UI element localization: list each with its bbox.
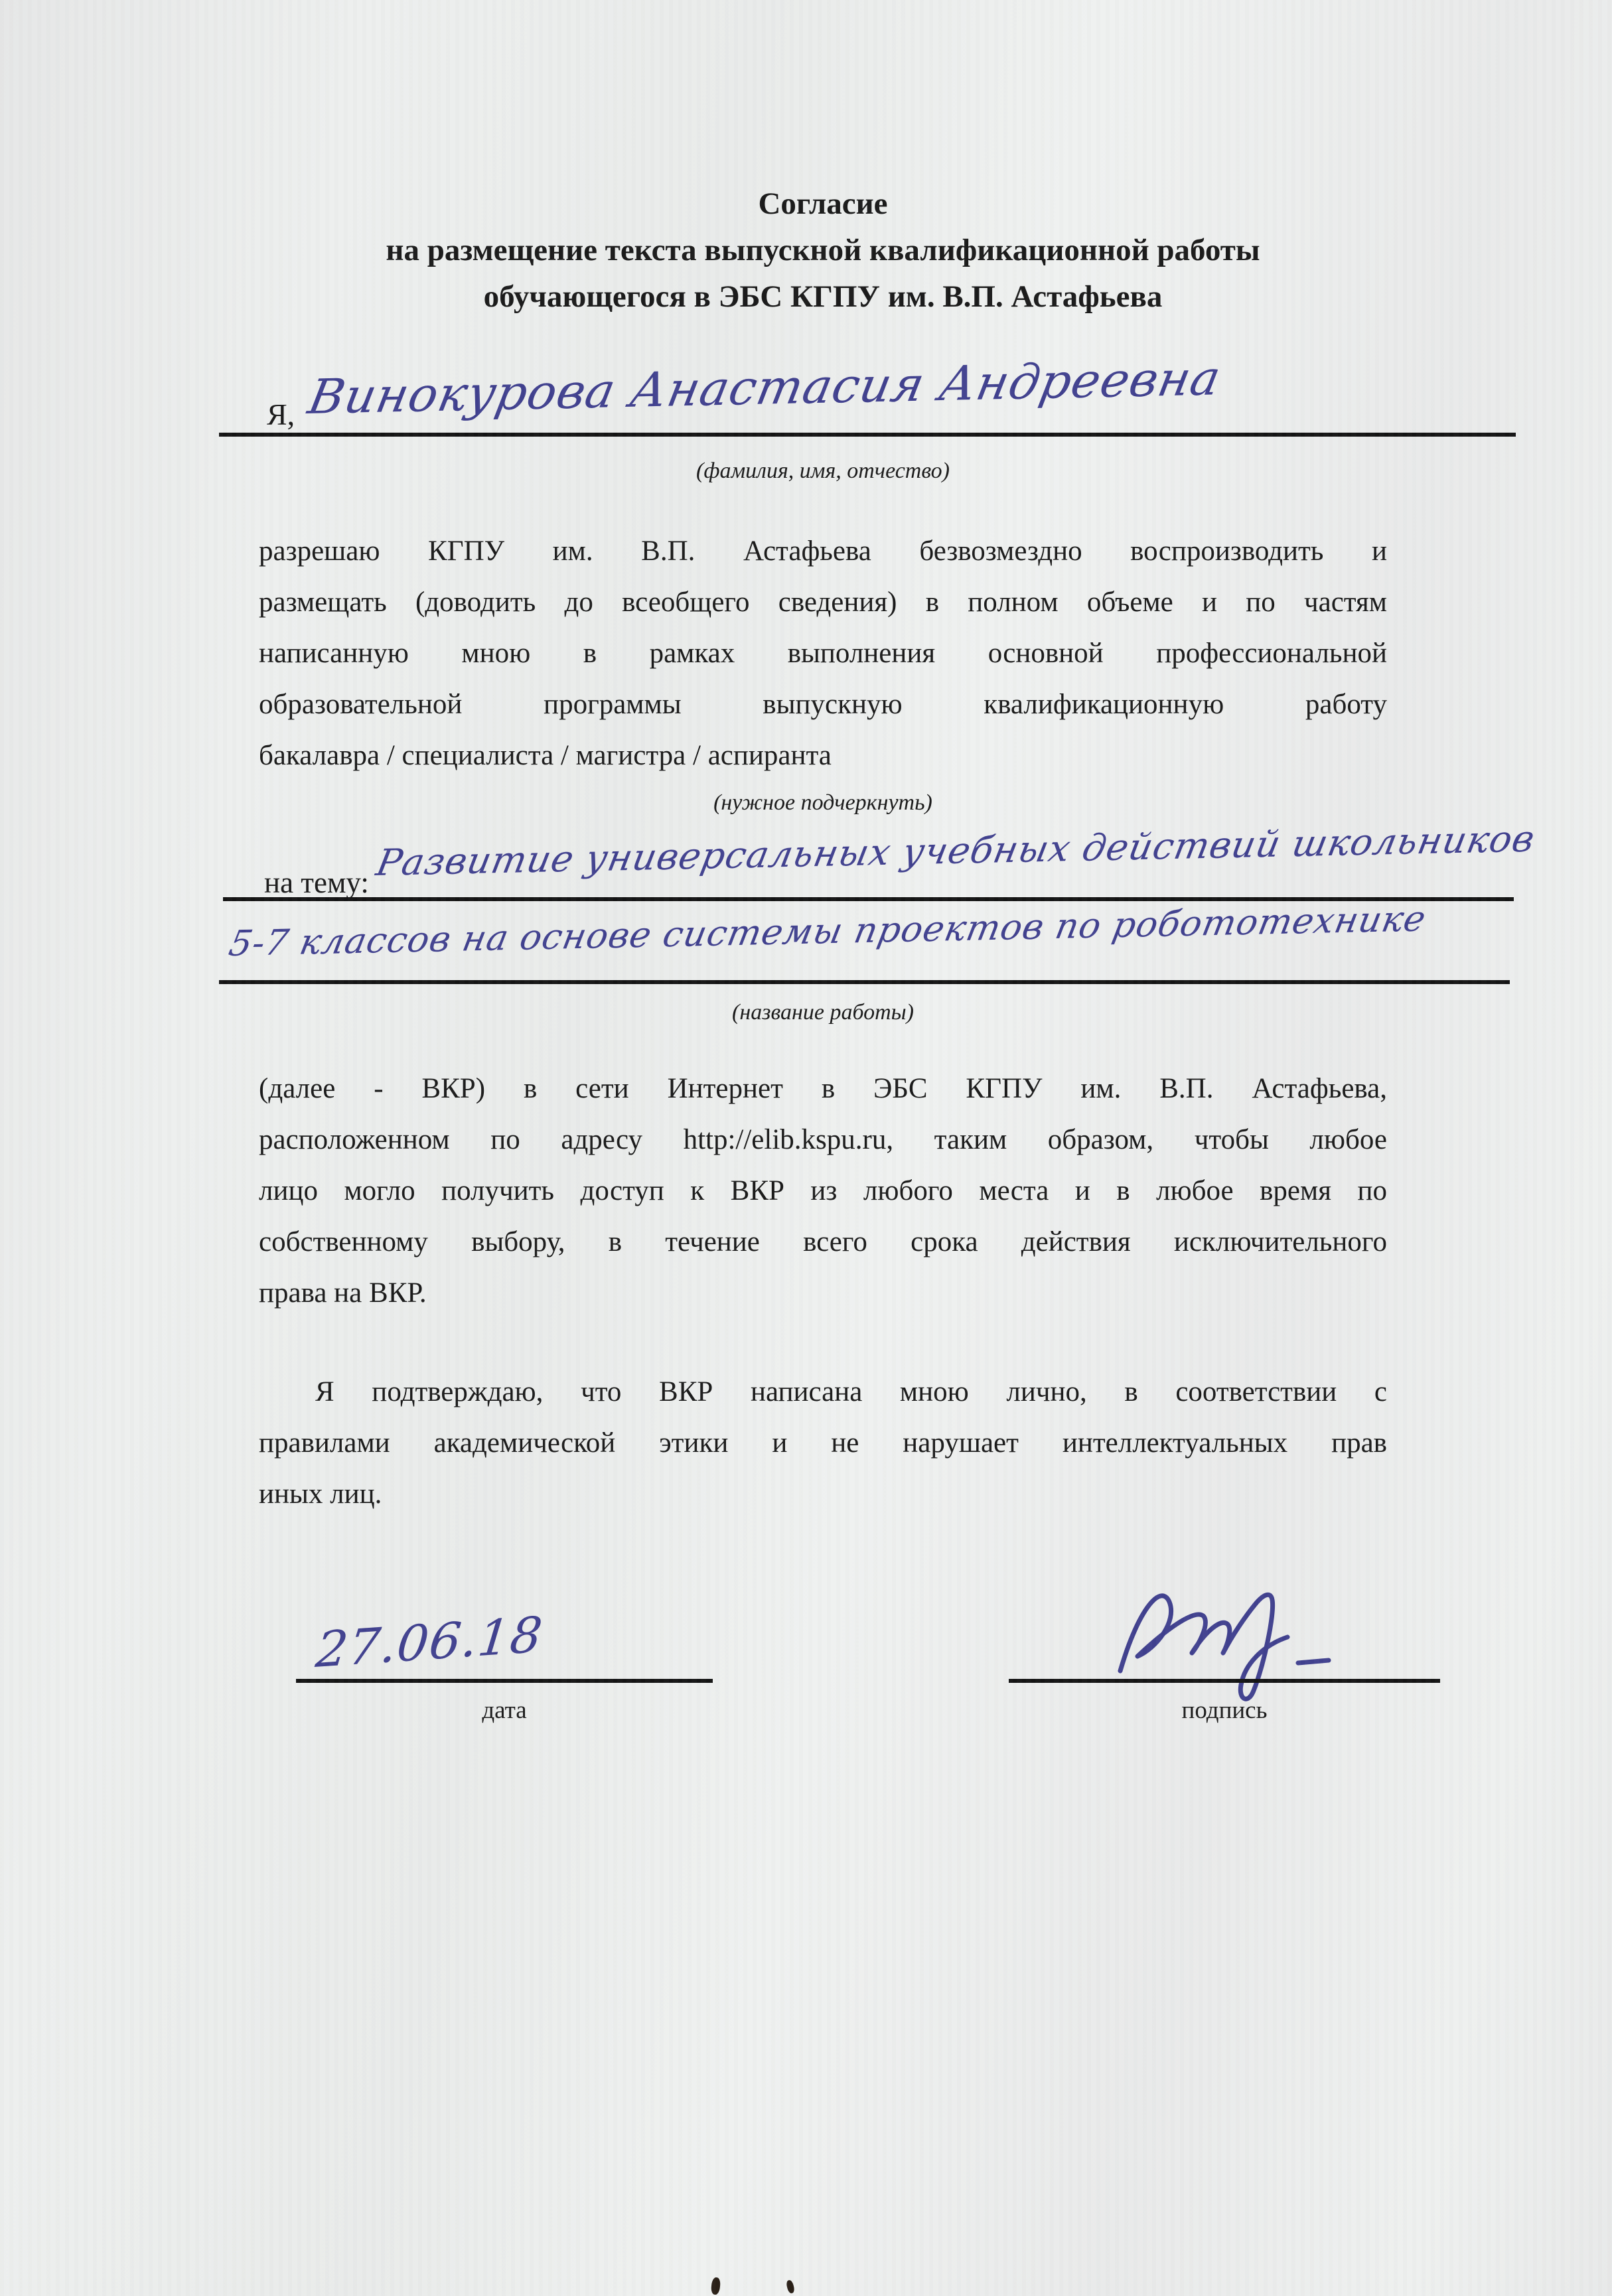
underline-note-caption: (нужное подчеркнуть) bbox=[259, 787, 1387, 819]
paragraph-line: разрешаю КГПУ им. В.П. Астафьева безвозм… bbox=[259, 526, 1387, 577]
paragraph-line: размещать (доводить до всеобщего сведени… bbox=[259, 577, 1387, 628]
topic-underline-2 bbox=[219, 980, 1510, 984]
paragraph-line: написанную мною в рамках выполнения осно… bbox=[259, 628, 1387, 679]
signature-area bbox=[1095, 1566, 1360, 1712]
signature-underline bbox=[1009, 1679, 1440, 1683]
work-title-caption: (название работы) bbox=[259, 997, 1387, 1029]
paragraph-line: Я подтверждаю, что ВКР написана мною лич… bbox=[259, 1366, 1387, 1417]
signature-stroke-icon bbox=[1095, 1566, 1360, 1712]
paragraph-line: расположенном по адресу http://elib.kspu… bbox=[259, 1114, 1387, 1165]
name-underline bbox=[219, 433, 1516, 437]
scan-speck bbox=[786, 2279, 796, 2294]
signature-label: подпись bbox=[1009, 1696, 1440, 1725]
handwritten-topic-line-1: Развитие универсальных учебных действий … bbox=[373, 818, 1538, 884]
paragraph-line: лицо могло получить доступ к ВКР из любо… bbox=[259, 1165, 1387, 1216]
title-line-2: на размещение текста выпускной квалифика… bbox=[226, 227, 1420, 273]
scan-speck bbox=[711, 2277, 721, 2295]
date-underline bbox=[296, 1679, 713, 1683]
paragraph-line: (далее - ВКР) в сети Интернет в ЭБС КГПУ… bbox=[259, 1063, 1387, 1114]
paragraph-line: собственному выбору, в течение всего сро… bbox=[259, 1216, 1387, 1267]
internet-paragraph: (далее - ВКР) в сети Интернет в ЭБС КГПУ… bbox=[259, 1063, 1387, 1319]
handwritten-full-name: Винокурова Анастасия Андреевна bbox=[304, 350, 1226, 425]
scanned-consent-document: Согласие на размещение текста выпускной … bbox=[0, 0, 1612, 2296]
paragraph-line: образовательной программы выпускную квал… bbox=[259, 679, 1387, 730]
paragraph-line: права на ВКР. bbox=[259, 1267, 1387, 1319]
paragraph-line: бакалавра / специалиста / магистра / асп… bbox=[259, 730, 1387, 781]
pronoun-label: Я, bbox=[267, 397, 295, 432]
paragraph-line: иных лиц. bbox=[259, 1469, 1387, 1520]
title-line-1: Согласие bbox=[226, 180, 1420, 227]
handwritten-date: 27.06.18 bbox=[313, 1607, 546, 1679]
paragraph-line: правилами академической этики и не наруш… bbox=[259, 1417, 1387, 1469]
name-caption: (фамилия, имя, отчество) bbox=[259, 455, 1387, 487]
permission-paragraph: разрешаю КГПУ им. В.П. Астафьева безвозм… bbox=[259, 526, 1387, 781]
confirmation-paragraph: Я подтверждаю, что ВКР написана мною лич… bbox=[259, 1366, 1387, 1520]
date-label: дата bbox=[296, 1696, 713, 1725]
handwritten-topic-line-2: 5-7 классов на основе системы проектов п… bbox=[226, 898, 1429, 964]
title-line-3: обучающегося в ЭБС КГПУ им. В.П. Астафье… bbox=[226, 273, 1420, 320]
topic-label: на тему: bbox=[264, 865, 369, 900]
document-title: Согласие на размещение текста выпускной … bbox=[226, 180, 1420, 320]
